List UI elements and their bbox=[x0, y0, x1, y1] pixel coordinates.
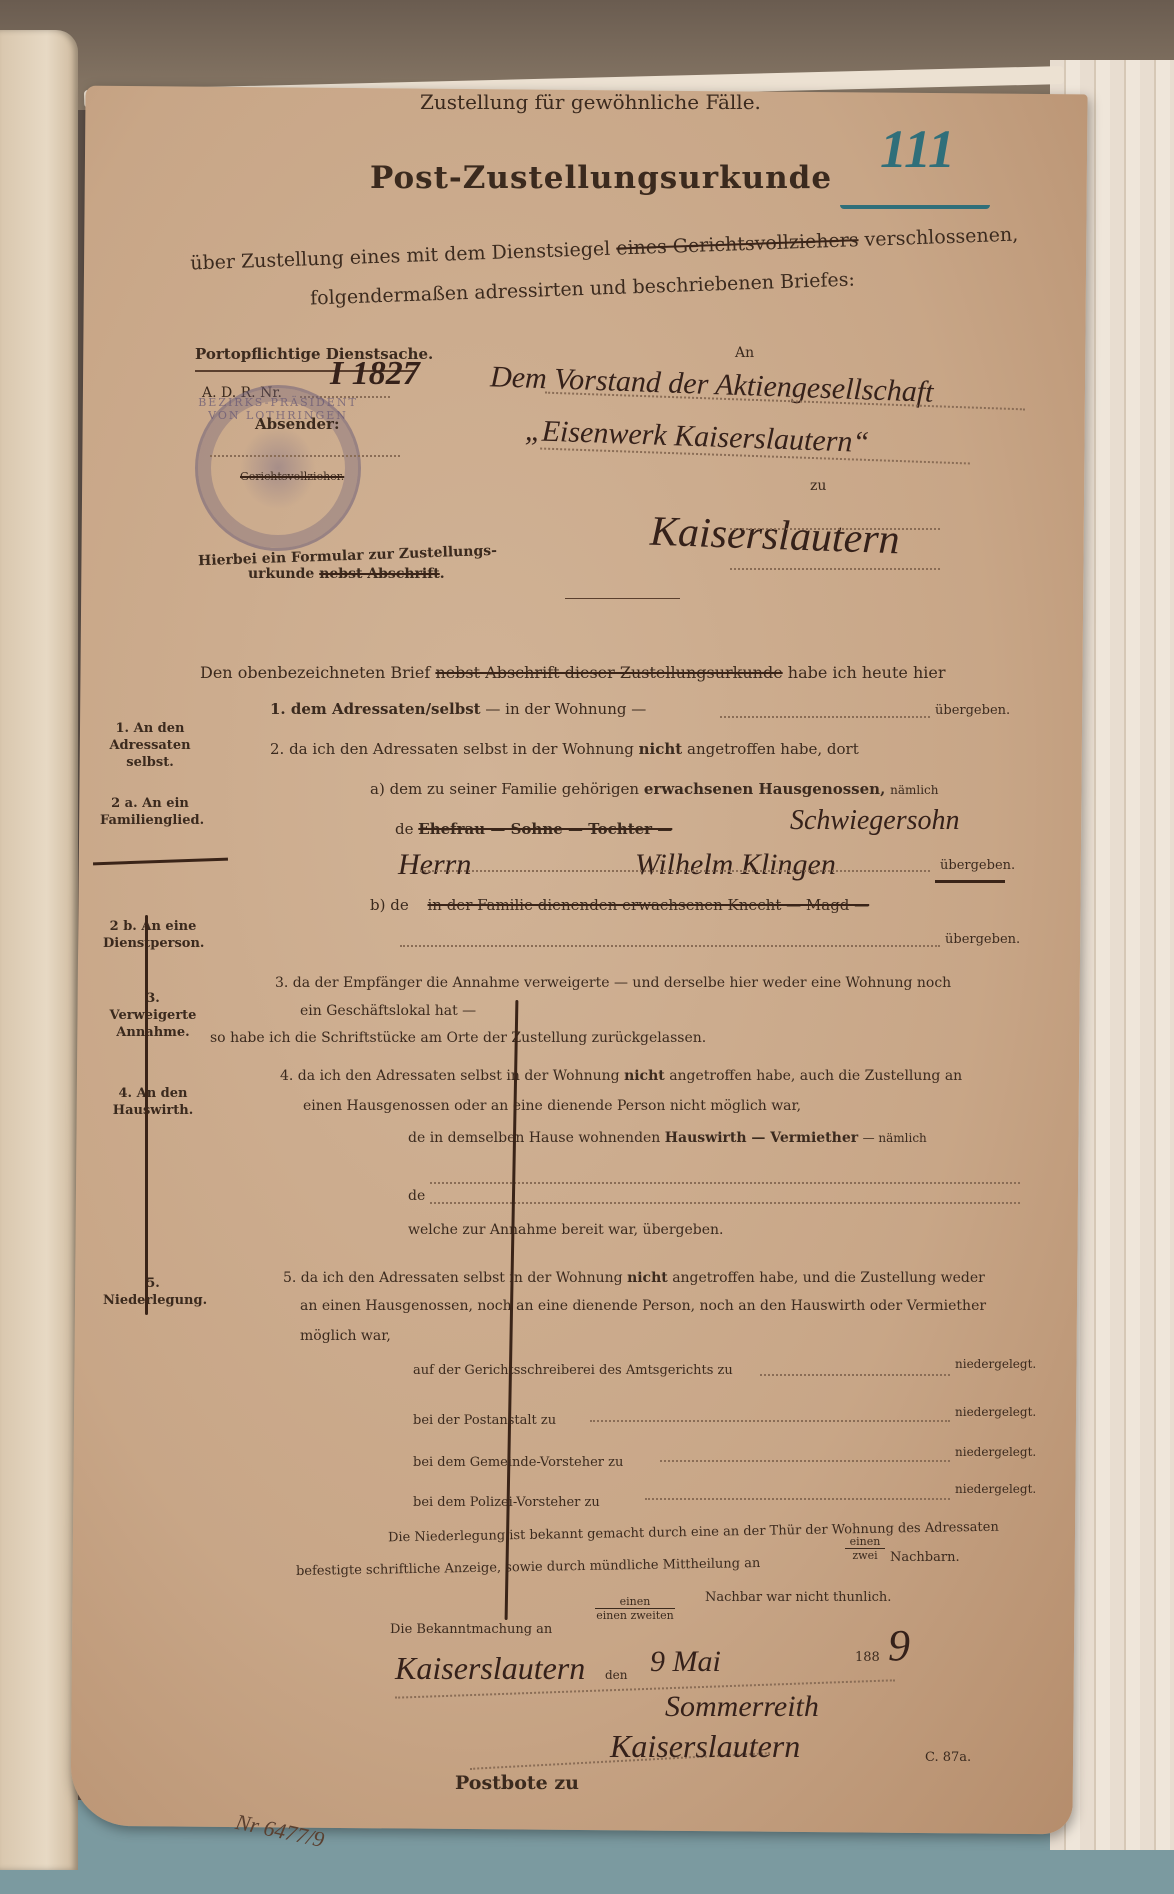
item-2b: b) de in der Familie dienenden erwachsen… bbox=[370, 896, 869, 914]
year-printed: 188 bbox=[855, 1650, 880, 1665]
zu-label: zu bbox=[810, 478, 826, 494]
header-note: Zustellung für gewöhnliche Fälle. bbox=[420, 90, 761, 114]
notice-line2-end: Nachbarn. bbox=[890, 1550, 960, 1565]
deposit-line-court: auf der Gerichtsschreiberei des Amtsgeri… bbox=[413, 1363, 733, 1378]
item-5-line3: möglich war, bbox=[300, 1328, 391, 1344]
fraction-bottom: zwei bbox=[845, 1549, 885, 1562]
margin-label-1: 1. An den Adressaten selbst. bbox=[100, 720, 200, 771]
city-dotted-line-top bbox=[730, 528, 940, 530]
margin-label-2b: 2 b. An eine Dienstperson. bbox=[103, 918, 203, 952]
margin-label-2a: 2 a. An ein Familienglied. bbox=[100, 795, 200, 829]
item-1-end: übergeben. bbox=[935, 703, 1010, 718]
margin-label-4: 4. An den Hauswirth. bbox=[103, 1085, 203, 1119]
enclosure-end: . bbox=[440, 566, 445, 582]
emphasis-text: nicht bbox=[624, 1068, 665, 1084]
item-2a-options: de Ehefrau — Sohne — Tochter — bbox=[395, 820, 672, 838]
body-text: Den obenbezeichneten Brief bbox=[200, 663, 430, 682]
separator-rule bbox=[565, 598, 680, 599]
notice-line3: Die Bekanntmachung an bbox=[390, 1622, 552, 1637]
item-2a-dotted-line bbox=[420, 870, 930, 872]
adnr-value: I 1827 bbox=[330, 355, 420, 393]
margin-label-5: 5. Niederlegung. bbox=[103, 1275, 203, 1309]
body-text: 5. da ich den Adressaten selbst in der W… bbox=[283, 1270, 623, 1286]
emphasis-text: erwachsenen Hausgenossen, bbox=[644, 780, 885, 798]
handwritten-salutation: Herrn bbox=[398, 848, 471, 882]
body-text: angetroffen habe, und die Zustellung wed… bbox=[672, 1270, 985, 1286]
body-text: angetroffen habe, dort bbox=[687, 740, 859, 758]
body-text: nämlich bbox=[890, 783, 938, 797]
signature-place: Kaiserslautern bbox=[395, 1650, 585, 1687]
deposit-police-end: niedergelegt. bbox=[955, 1482, 1036, 1496]
item-1-label: 1. dem Adressaten/selbst bbox=[270, 700, 481, 718]
emphasis-text: Hauswirth — Vermiether bbox=[665, 1130, 858, 1146]
left-book-page bbox=[0, 30, 78, 1870]
deposit-post-end: niedergelegt. bbox=[955, 1405, 1036, 1419]
deposit-line-post: bei der Postanstalt zu bbox=[413, 1413, 556, 1428]
item-3-line1: 3. da der Empfänger die Annahme verweige… bbox=[275, 975, 951, 991]
document-title: Post-Zustellungsurkunde bbox=[370, 160, 832, 196]
blue-file-number: 111 bbox=[880, 118, 955, 180]
item-1-dotted-line bbox=[720, 716, 930, 718]
item-3-line3: so habe ich die Schriftstücke am Orte de… bbox=[210, 1030, 706, 1046]
struck-text: nebst Abschrift bbox=[319, 566, 440, 582]
handwritten-underline bbox=[935, 880, 1005, 883]
margin-cancel-stroke bbox=[145, 915, 148, 1315]
body-text: 4. da ich den Adressaten selbst in der W… bbox=[280, 1068, 620, 1084]
notice-line3-fraction: einen einen zweiten bbox=[595, 1595, 675, 1622]
signer-name: Sommerreith bbox=[665, 1690, 819, 1724]
deposit-line-municipal: bei dem Gemeinde-Vorsteher zu bbox=[413, 1455, 623, 1470]
item-4-dotted-line2 bbox=[430, 1202, 1020, 1204]
an-label: An bbox=[735, 345, 754, 361]
deposit-municipal-dotted bbox=[660, 1460, 950, 1462]
item-5-line1: 5. da ich den Adressaten selbst in der W… bbox=[283, 1270, 985, 1286]
body-text: angetroffen habe, auch die Zustellung an bbox=[669, 1068, 962, 1084]
item-3-line2: ein Geschäftslokal hat — bbox=[300, 1003, 476, 1019]
sender-dotted-line bbox=[210, 455, 400, 457]
item-4-dotted-line1 bbox=[430, 1182, 1020, 1184]
fraction-bottom: einen zweiten bbox=[595, 1609, 675, 1622]
notice-line3-end: Nachbar war nicht thunlich. bbox=[705, 1590, 891, 1605]
item-1: 1. dem Adressaten/selbst — in der Wohnun… bbox=[270, 700, 646, 718]
emphasis-text: nicht bbox=[627, 1270, 668, 1286]
form-code: C. 87a. bbox=[925, 1750, 971, 1765]
item-4-de: de bbox=[408, 1188, 425, 1204]
struck-text: nebst Abschrift dieser Zustellungsurkund… bbox=[435, 663, 782, 682]
body-text: 2. da ich den Adressaten selbst in der W… bbox=[270, 740, 634, 758]
address-city: Kaiserslautern bbox=[649, 508, 900, 565]
enclosure-text: urkunde bbox=[248, 566, 314, 582]
postbote-place: Kaiserslautern bbox=[610, 1728, 800, 1765]
city-dotted-line-bottom bbox=[730, 568, 940, 570]
body-text: de bbox=[395, 820, 413, 838]
item-4-line2: einen Hausgenossen oder an eine dienende… bbox=[303, 1098, 801, 1114]
fraction-top: einen bbox=[595, 1595, 675, 1609]
deposit-court-end: niedergelegt. bbox=[955, 1357, 1036, 1371]
deposit-post-dotted bbox=[590, 1420, 950, 1422]
body-text: — nämlich bbox=[863, 1131, 927, 1145]
item-2a-end: übergeben. bbox=[940, 858, 1015, 873]
postbote-label: Postbote zu bbox=[455, 1772, 579, 1794]
notice-fraction: einen zwei bbox=[845, 1535, 885, 1562]
struck-text: Ehefrau — Sohne — Tochter — bbox=[418, 820, 672, 838]
fraction-top: einen bbox=[845, 1535, 885, 1549]
body-text: habe ich heute hier bbox=[788, 663, 946, 682]
enclosure-line2: urkunde nebst Abschrift. bbox=[248, 566, 445, 582]
struck-text: in der Familie dienenden erwachsenen Kne… bbox=[427, 896, 869, 914]
deposit-court-dotted bbox=[760, 1374, 950, 1376]
intro-line: Den obenbezeichneten Brief nebst Abschri… bbox=[200, 663, 945, 682]
item-2b-dotted-line bbox=[400, 945, 940, 947]
item-2b-end: übergeben. bbox=[945, 932, 1020, 947]
blue-underline bbox=[840, 205, 990, 209]
item-4-line5: welche zur Annahme bereit war, übergeben… bbox=[408, 1222, 723, 1238]
eagle-icon bbox=[240, 426, 316, 510]
body-text: a) dem zu seiner Familie gehörigen bbox=[370, 780, 639, 798]
struck-role: Gerichtsvollzieher. bbox=[240, 470, 344, 483]
item-4-line1: 4. da ich den Adressaten selbst in der W… bbox=[280, 1068, 962, 1084]
signature-date: 9 Mai bbox=[650, 1645, 721, 1679]
handwritten-recipient-name: Wilhelm Klingen bbox=[635, 848, 836, 882]
year-handwritten: 9 bbox=[888, 1620, 910, 1671]
item-5-line2: an einen Hausgenossen, noch an eine dien… bbox=[300, 1298, 986, 1314]
emphasis-text: nicht bbox=[639, 740, 683, 758]
body-text: de in demselben Hause wohnenden bbox=[408, 1130, 660, 1146]
deposit-municipal-end: niedergelegt. bbox=[955, 1445, 1036, 1459]
handwritten-relation: Schwiegersohn bbox=[790, 805, 960, 837]
body-text: b) de bbox=[370, 896, 409, 914]
item-2: 2. da ich den Adressaten selbst in der W… bbox=[270, 740, 859, 758]
deposit-police-dotted bbox=[645, 1498, 950, 1500]
sender-label: Absender: bbox=[255, 415, 340, 433]
den-label: den bbox=[605, 1668, 628, 1682]
official-seal-stamp: BEZIRKS-PRÄSIDENT VON LOTHRINGEN bbox=[195, 385, 361, 551]
item-2a: a) dem zu seiner Familie gehörigen erwac… bbox=[370, 780, 938, 798]
item-4-line3: de in demselben Hause wohnenden Hauswirt… bbox=[408, 1130, 927, 1146]
body-text: — in der Wohnung — bbox=[485, 700, 646, 718]
margin-label-3: 3. Verweigerte Annahme. bbox=[103, 990, 203, 1041]
